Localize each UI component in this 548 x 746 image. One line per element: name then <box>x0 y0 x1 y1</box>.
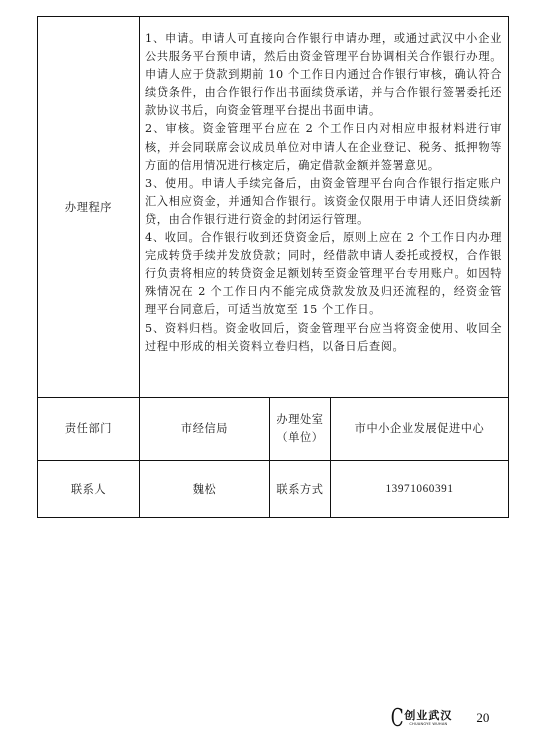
procedure-step-1: 1、申请。申请人可直接向合作银行申请办理，或通过武汉中小企业公共服务平台预申请，… <box>145 30 502 120</box>
contact-row: 联系人 魏松 联系方式 13971060391 <box>38 461 509 518</box>
department-value: 市经信局 <box>140 398 270 461</box>
contact-label: 联系人 <box>38 461 140 518</box>
office-value: 市中小企业发展促进中心 <box>331 398 509 461</box>
office-label: 办理处室 （单位） <box>270 398 331 461</box>
logo-c-glyph: C <box>391 706 404 730</box>
logo-text: 创业武汉 CHUANGYE WUHAN <box>404 710 452 727</box>
contact-phone: 13971060391 <box>331 461 509 518</box>
procedure-step-2: 2、审核。资金管理平台应在 2 个工作日内对相应申报材料进行审核，并会同联席会议… <box>145 120 502 174</box>
logo-chinese: 创业武汉 <box>404 710 452 722</box>
page-number: 20 <box>476 710 489 726</box>
procedure-step-3: 3、使用。申请人手续完备后，由资金管理平台向合作银行指定账户汇入相应资金，并通知… <box>145 175 502 229</box>
procedure-table: 办理程序 1、申请。申请人可直接向合作银行申请办理，或通过武汉中小企业公共服务平… <box>37 16 509 518</box>
office-label-line1: 办理处室 <box>270 411 330 429</box>
logo-english: CHUANGYE WUHAN <box>409 722 447 727</box>
department-label: 责任部门 <box>38 398 140 461</box>
procedure-steps: 1、申请。申请人可直接向合作银行申请办理，或通过武汉中小企业公共服务平台预申请，… <box>140 17 509 398</box>
contact-value: 魏松 <box>140 461 270 518</box>
procedure-step-5: 5、资料归档。资金收回后，资金管理平台应当将资金使用、收回全过程中形成的相关资料… <box>145 320 502 356</box>
office-label-line2: （单位） <box>270 429 330 447</box>
contact-method-label: 联系方式 <box>270 461 331 518</box>
department-row: 责任部门 市经信局 办理处室 （单位） 市中小企业发展促进中心 <box>38 398 509 461</box>
page-footer: C 创业武汉 CHUANGYE WUHAN 20 <box>388 707 489 729</box>
procedure-label: 办理程序 <box>38 17 140 398</box>
procedure-step-4: 4、收回。合作银行收到还贷资金后，原则上应在 2 个工作日内办理完成转贷手续并发… <box>145 229 502 319</box>
procedure-row: 办理程序 1、申请。申请人可直接向合作银行申请办理，或通过武汉中小企业公共服务平… <box>38 17 509 398</box>
chuangye-wuhan-logo: C 创业武汉 CHUANGYE WUHAN <box>388 707 452 729</box>
